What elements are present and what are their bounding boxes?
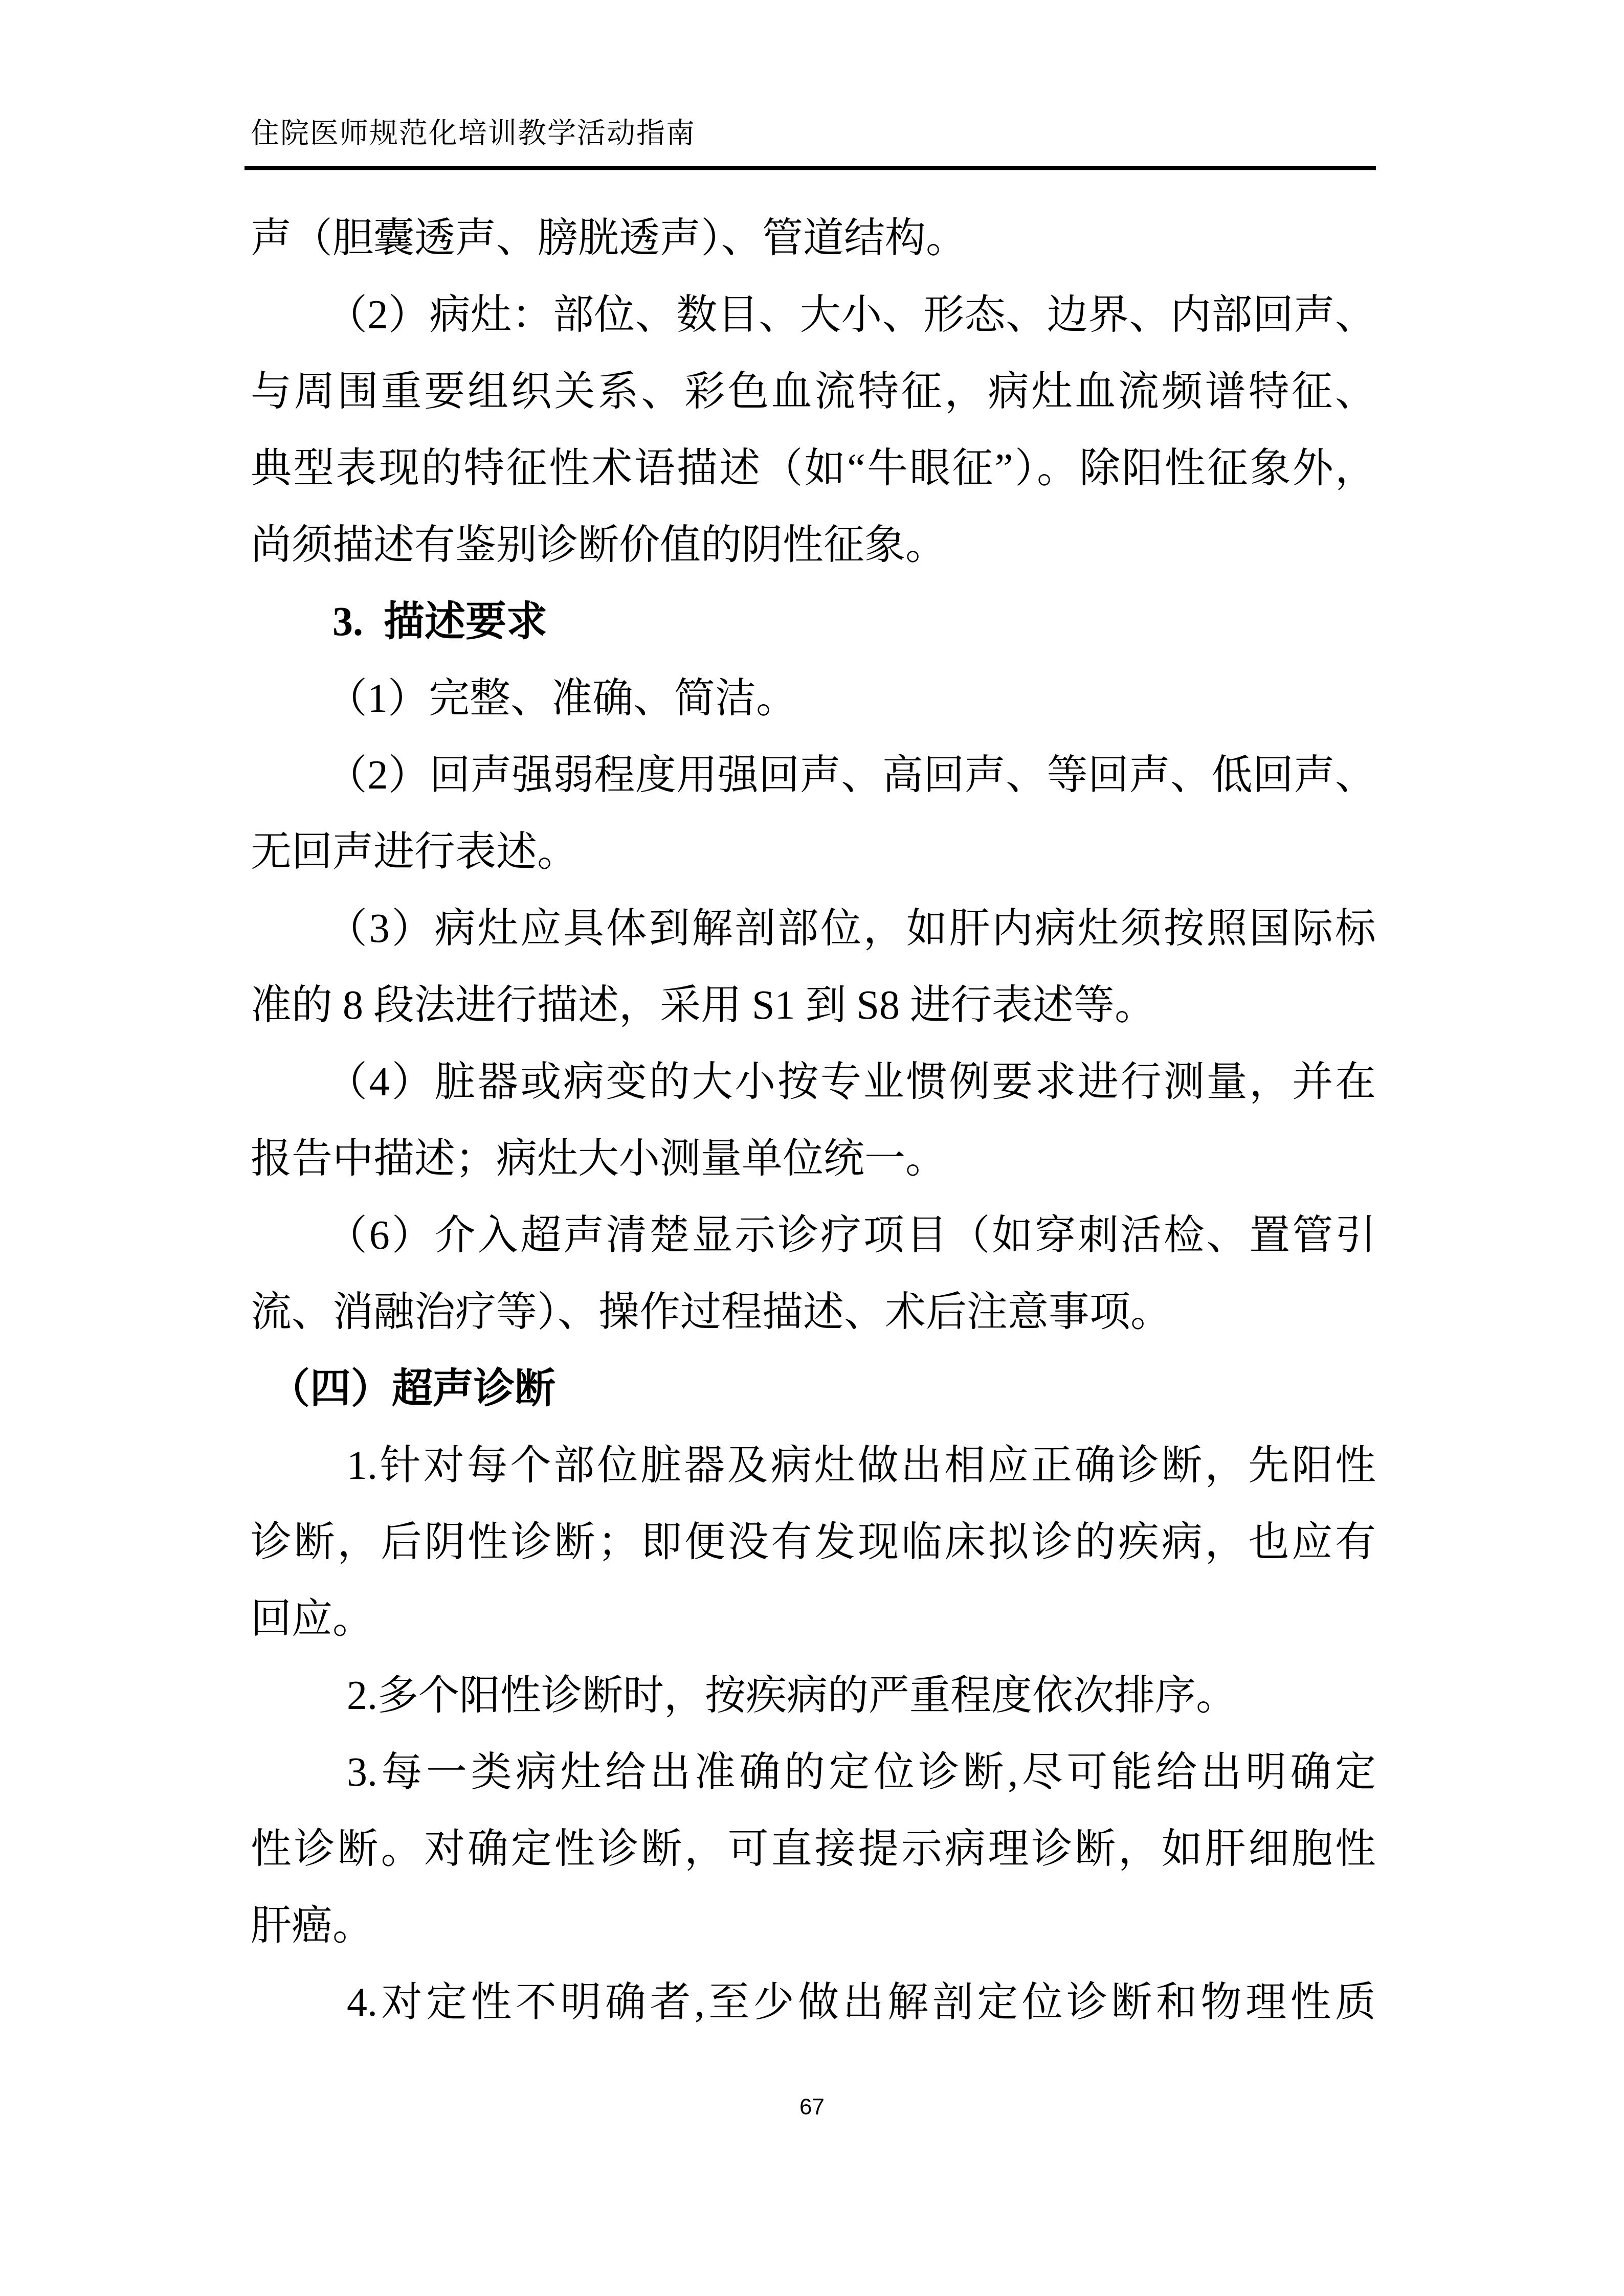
page-header: 住院医师规范化培训教学活动指南: [251, 115, 1376, 170]
text-line: （3）病灶应具体到解剖部位，如肝内病灶须按照国际标: [251, 890, 1376, 967]
text-line: 4.对定性不明确者,至少做出解剖定位诊断和物理性质: [251, 1964, 1376, 2041]
header-rule: [244, 166, 1376, 170]
text-line: 典型表现的特征性术语描述（如“牛眼征”）。除阳性征象外，: [251, 430, 1376, 507]
text-line: 性诊断。对确定性诊断，可直接提示病理诊断，如肝细胞性: [251, 1811, 1376, 1887]
text-line: （6）介入超声清楚显示诊疗项目（如穿刺活检、置管引: [251, 1197, 1376, 1274]
text-line: 3.每一类病灶给出准确的定位诊断,尽可能给出明确定: [251, 1734, 1376, 1811]
running-head: 住院医师规范化培训教学活动指南: [251, 115, 1376, 152]
text-line: （2）病灶：部位、数目、大小、形态、边界、内部回声、: [251, 277, 1376, 353]
page-footer: 67: [0, 2094, 1624, 2121]
text-line: 诊断，后阴性诊断；即便没有发现临床拟诊的疾病，也应有: [251, 1504, 1376, 1581]
document-page: 住院医师规范化培训教学活动指南 声（胆囊透声、膀胱透声）、管道结构。（2）病灶：…: [0, 0, 1624, 2296]
text-line: 肝癌。: [251, 1887, 1376, 1964]
text-line: （1）完整、准确、简洁。: [251, 660, 1376, 737]
text-line: 流、消融治疗等）、操作过程描述、术后注意事项。: [251, 1274, 1376, 1350]
text-line: 2.多个阳性诊断时，按疾病的严重程度依次排序。: [251, 1657, 1376, 1734]
document-body: 声（胆囊透声、膀胱透声）、管道结构。（2）病灶：部位、数目、大小、形态、边界、内…: [251, 200, 1376, 2041]
text-line: 声（胆囊透声、膀胱透声）、管道结构。: [251, 200, 1376, 277]
text-line: 尚须描述有鉴别诊断价值的阴性征象。: [251, 507, 1376, 583]
page-number: 67: [799, 2095, 825, 2120]
text-line: 报告中描述；病灶大小测量单位统一。: [251, 1120, 1376, 1197]
text-line: 回应。: [251, 1581, 1376, 1657]
text-line: 准的 8 段法进行描述，采用 S1 到 S8 进行表述等。: [251, 967, 1376, 1044]
text-line: （4）脏器或病变的大小按专业惯例要求进行测量，并在: [251, 1044, 1376, 1120]
page-content: 住院医师规范化培训教学活动指南 声（胆囊透声、膀胱透声）、管道结构。（2）病灶：…: [251, 0, 1376, 2041]
text-line: （2）回声强弱程度用强回声、高回声、等回声、低回声、: [251, 737, 1376, 814]
text-line: 1.针对每个部位脏器及病灶做出相应正确诊断，先阳性: [251, 1427, 1376, 1504]
text-line: 与周围重要组织关系、彩色血流特征，病灶血流频谱特征、: [251, 353, 1376, 430]
text-line: 无回声进行表述。: [251, 814, 1376, 890]
section-heading: 3. 描述要求: [251, 583, 1376, 660]
section-heading: （四）超声诊断: [251, 1350, 1376, 1427]
